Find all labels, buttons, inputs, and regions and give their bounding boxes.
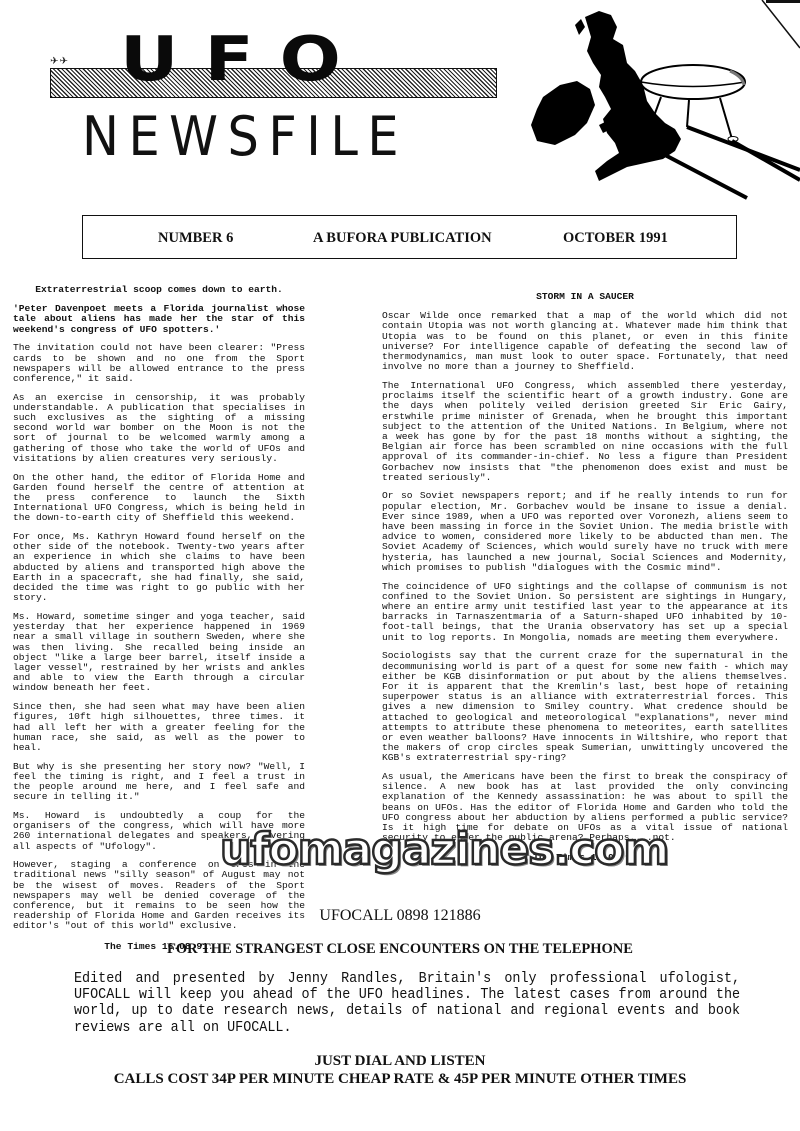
aircraft-icon: ✈ ✈ xyxy=(50,56,67,67)
article-paragraph: The coincidence of UFO sightings and the… xyxy=(382,582,788,643)
article-headline: STORM IN A SAUCER xyxy=(382,292,788,302)
issue-number: NUMBER 6 xyxy=(158,230,233,247)
ufocall-phone-number: UFOCALL 0898 121886 xyxy=(0,907,800,925)
site-watermark: ufomagazines.com xyxy=(220,825,668,875)
advert-pricing: CALLS COST 34P PER MINUTE CHEAP RATE & 4… xyxy=(0,1071,800,1088)
article-paragraph: On the other hand, the editor of Florida… xyxy=(13,473,305,524)
article-lede: 'Peter Davenpoet meets a Florida journal… xyxy=(13,304,305,335)
issue-info-bar: NUMBER 6 A BUFORA PUBLICATION OCTOBER 19… xyxy=(82,215,737,259)
article-paragraph: The invitation could not have been clear… xyxy=(13,343,305,384)
advert-tagline: FOR THE STRANGEST CLOSE ENCOUNTERS ON TH… xyxy=(0,941,800,958)
article-headline: Extraterrestrial scoop comes down to ear… xyxy=(13,285,305,295)
issue-date: OCTOBER 1991 xyxy=(563,230,668,247)
article-paragraph: As an exercise in censorship, it was pro… xyxy=(13,393,305,464)
masthead: ✈ ✈ UFO NEWSFILE xyxy=(0,0,800,210)
article-paragraph: Ms. Howard, sometime singer and yoga tea… xyxy=(13,612,305,694)
publisher: A BUFORA PUBLICATION xyxy=(313,230,492,247)
masthead-title-newsfile: NEWSFILE xyxy=(82,108,408,167)
advert-call-to-action: JUST DIAL AND LISTEN xyxy=(0,1053,800,1070)
masthead-title-ufo: UFO xyxy=(120,28,430,89)
article-paragraph: Or so Soviet newspapers report; and if h… xyxy=(382,491,788,573)
article-paragraph: Oscar Wilde once remarked that a map of … xyxy=(382,311,788,372)
article-paragraph: Since then, she had seen what may have b… xyxy=(13,702,305,753)
article-paragraph: The International UFO Congress, which as… xyxy=(382,381,788,483)
article-storm-in-a-saucer: STORM IN A SAUCER Oscar Wilde once remar… xyxy=(382,292,788,872)
article-paragraph: Sociologists say that the current craze … xyxy=(382,651,788,763)
page-corner-mark xyxy=(760,0,800,50)
uk-map-saucer-illustration xyxy=(515,5,800,205)
article-paragraph: But why is she presenting her story now?… xyxy=(13,762,305,803)
advert-blurb: Edited and presented by Jenny Randles, B… xyxy=(74,971,740,1036)
article-paragraph: For once, Ms. Kathryn Howard found herse… xyxy=(13,532,305,603)
